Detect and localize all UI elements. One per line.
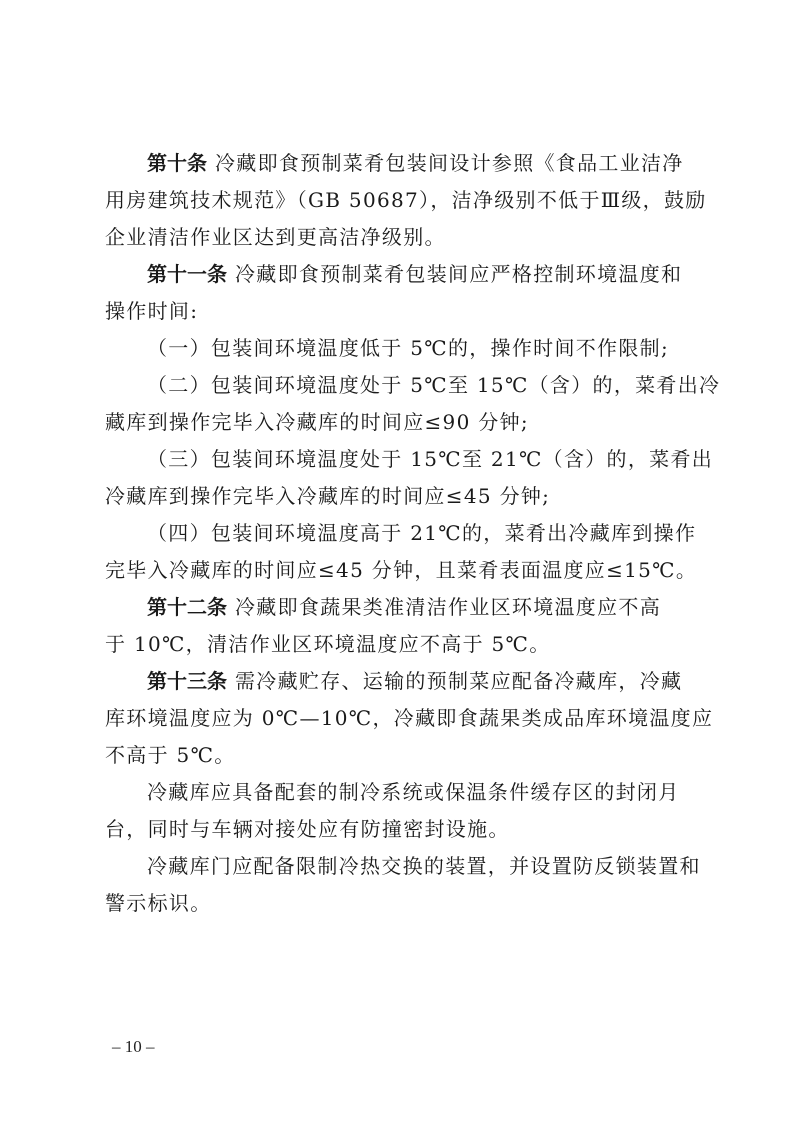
- article-11-item-4-cont: 完毕入冷藏库的时间应≤45 分钟，且菜肴表面温度应≤15℃。: [105, 557, 695, 583]
- article-11-item-3-cont: 冷藏库到操作完毕入冷藏库的时间应≤45 分钟;: [105, 483, 695, 509]
- article-11-item-1: （一）包装间环境温度低于 5℃的，操作时间不作限制;: [147, 335, 695, 361]
- article-11-heading: 第十一条: [147, 262, 227, 286]
- article-11-line-2: 操作时间:: [105, 298, 695, 324]
- article-12-line-1: 第十二条冷藏即食蔬果类准清洁作业区环境温度应不高: [147, 594, 695, 620]
- article-13-para-3-cont: 警示标识。: [105, 890, 695, 916]
- article-13-para-3: 冷藏库门应配备限制冷热交换的装置，并设置防反锁装置和: [147, 853, 695, 879]
- article-12-heading: 第十二条: [147, 595, 227, 619]
- article-10-heading: 第十条: [147, 151, 207, 175]
- article-13-line-1: 第十三条需冷藏贮存、运输的预制菜应配备冷藏库，冷藏: [147, 668, 695, 694]
- article-13-heading: 第十三条: [147, 669, 227, 693]
- article-10-line-2: 用房建筑技术规范》（GB 50687），洁净级别不低于Ⅲ级，鼓励: [105, 187, 695, 213]
- article-13-line-3: 不高于 5℃。: [105, 742, 695, 768]
- article-10-line-3: 企业清洁作业区达到更高洁净级别。: [105, 224, 695, 250]
- article-11-item-3: （三）包装间环境温度处于 15℃至 21℃（含）的，菜肴出: [147, 446, 695, 472]
- article-11-item-4: （四）包装间环境温度高于 21℃的，菜肴出冷藏库到操作: [147, 520, 695, 546]
- article-13-line-2: 库环境温度应为 0℃—10℃，冷藏即食蔬果类成品库环境温度应: [105, 705, 695, 731]
- article-13-para-2-cont: 台，同时与车辆对接处应有防撞密封设施。: [105, 816, 695, 842]
- article-11-item-2-cont: 藏库到操作完毕入冷藏库的时间应≤90 分钟;: [105, 409, 695, 435]
- article-11-item-2: （二）包装间环境温度处于 5℃至 15℃（含）的，菜肴出冷: [147, 372, 695, 398]
- page-number: – 10 –: [112, 1037, 155, 1057]
- article-10-line-1: 第十条冷藏即食预制菜肴包装间设计参照《食品工业洁净: [147, 150, 695, 176]
- article-12-line-2: 于 10℃，清洁作业区环境温度应不高于 5℃。: [105, 631, 695, 657]
- article-13-para-2: 冷藏库应具备配套的制冷系统或保温条件缓存区的封闭月: [147, 779, 695, 805]
- article-11-line-1: 第十一条冷藏即食预制菜肴包装间应严格控制环境温度和: [147, 261, 695, 287]
